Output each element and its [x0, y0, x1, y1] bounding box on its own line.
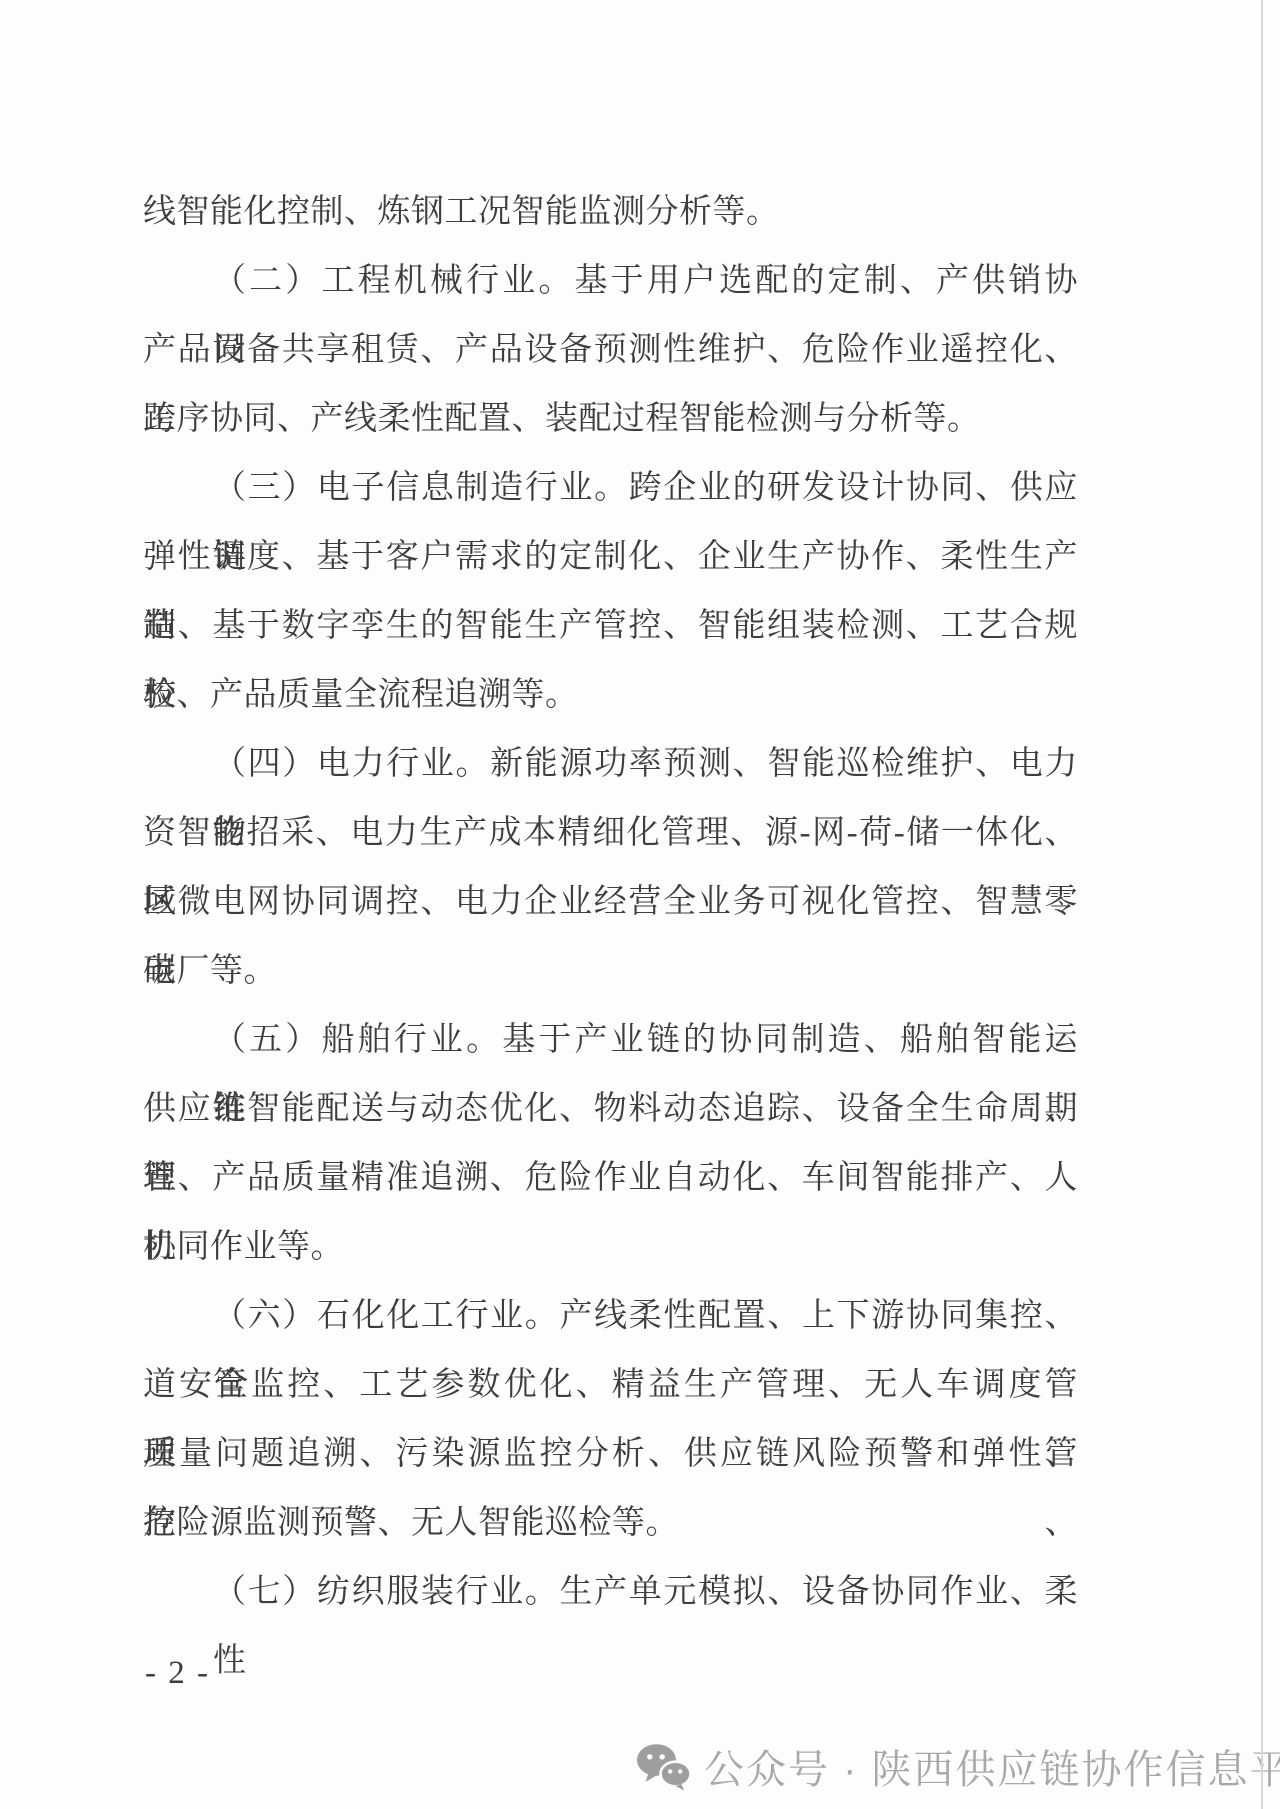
watermark-label: 公众号 · 陕西供应链协作信息平台 [704, 1738, 1280, 1795]
document-text-block: 线智能化控制、炼钢工况智能监测分析等。 （二）工程机械行业。基于用户选配的定制、… [143, 178, 1078, 1627]
text-line: 资智能招采、电力生产成本精细化管理、源-网-荷-储一体化、区 [143, 799, 1078, 868]
text-line: 产品设备共享租赁、产品设备预测性维护、危险作业遥控化、跨 [143, 316, 1078, 385]
text-line: （六）石化化工行业。产线柔性配置、上下游协同集控、管 [143, 1282, 1078, 1351]
text-line: 线智能化控制、炼钢工况智能监测分析等。 [143, 178, 1078, 247]
text-line: 弹性调度、基于客户需求的定制化、企业生产协作、柔性生产制 [143, 523, 1078, 592]
text-line: （五）船舶行业。基于产业链的协同制造、船舶智能运维、 [143, 1006, 1078, 1075]
text-line: 电厂等。 [143, 937, 1078, 1006]
text-line: （四）电力行业。新能源功率预测、智能巡检维护、电力物 [143, 730, 1078, 799]
document-page: 线智能化控制、炼钢工况智能监测分析等。 （二）工程机械行业。基于用户选配的定制、… [0, 0, 1280, 1809]
scan-artifact-line [1261, 0, 1263, 1809]
text-line: 协同作业等。 [143, 1213, 1078, 1282]
text-line: 供应链智能配送与动态优化、物料动态追踪、设备全生命周期管 [143, 1075, 1078, 1144]
watermark: 公众号 · 陕西供应链协作信息平台 [636, 1738, 1280, 1795]
text-line: （三）电子信息制造行业。跨企业的研发设计协同、供应链 [143, 454, 1078, 523]
text-line: （二）工程机械行业。基于用户选配的定制、产供销协同、 [143, 247, 1078, 316]
text-line: 理、产品质量精准追溯、危险作业自动化、车间智能排产、人机 [143, 1144, 1078, 1213]
page-number: - 2 - [145, 1655, 210, 1692]
text-line: 域微电网协同调控、电力企业经营全业务可视化管控、智慧零碳 [143, 868, 1078, 937]
wechat-icon [636, 1743, 692, 1791]
text-line: （七）纺织服装行业。生产单元模拟、设备协同作业、柔性 [143, 1558, 1078, 1627]
text-line: 质量问题追溯、污染源监控分析、供应链风险预警和弹性管控、 [143, 1420, 1078, 1489]
text-line: 造、基于数字孪生的智能生产管控、智能组装检测、工艺合规校 [143, 592, 1078, 661]
text-line: 工序协同、产线柔性配置、装配过程智能检测与分析等。 [143, 385, 1078, 454]
text-line: 道安全监控、工艺参数优化、精益生产管理、无人车调度管理、 [143, 1351, 1078, 1420]
text-line: 验、产品质量全流程追溯等。 [143, 661, 1078, 730]
